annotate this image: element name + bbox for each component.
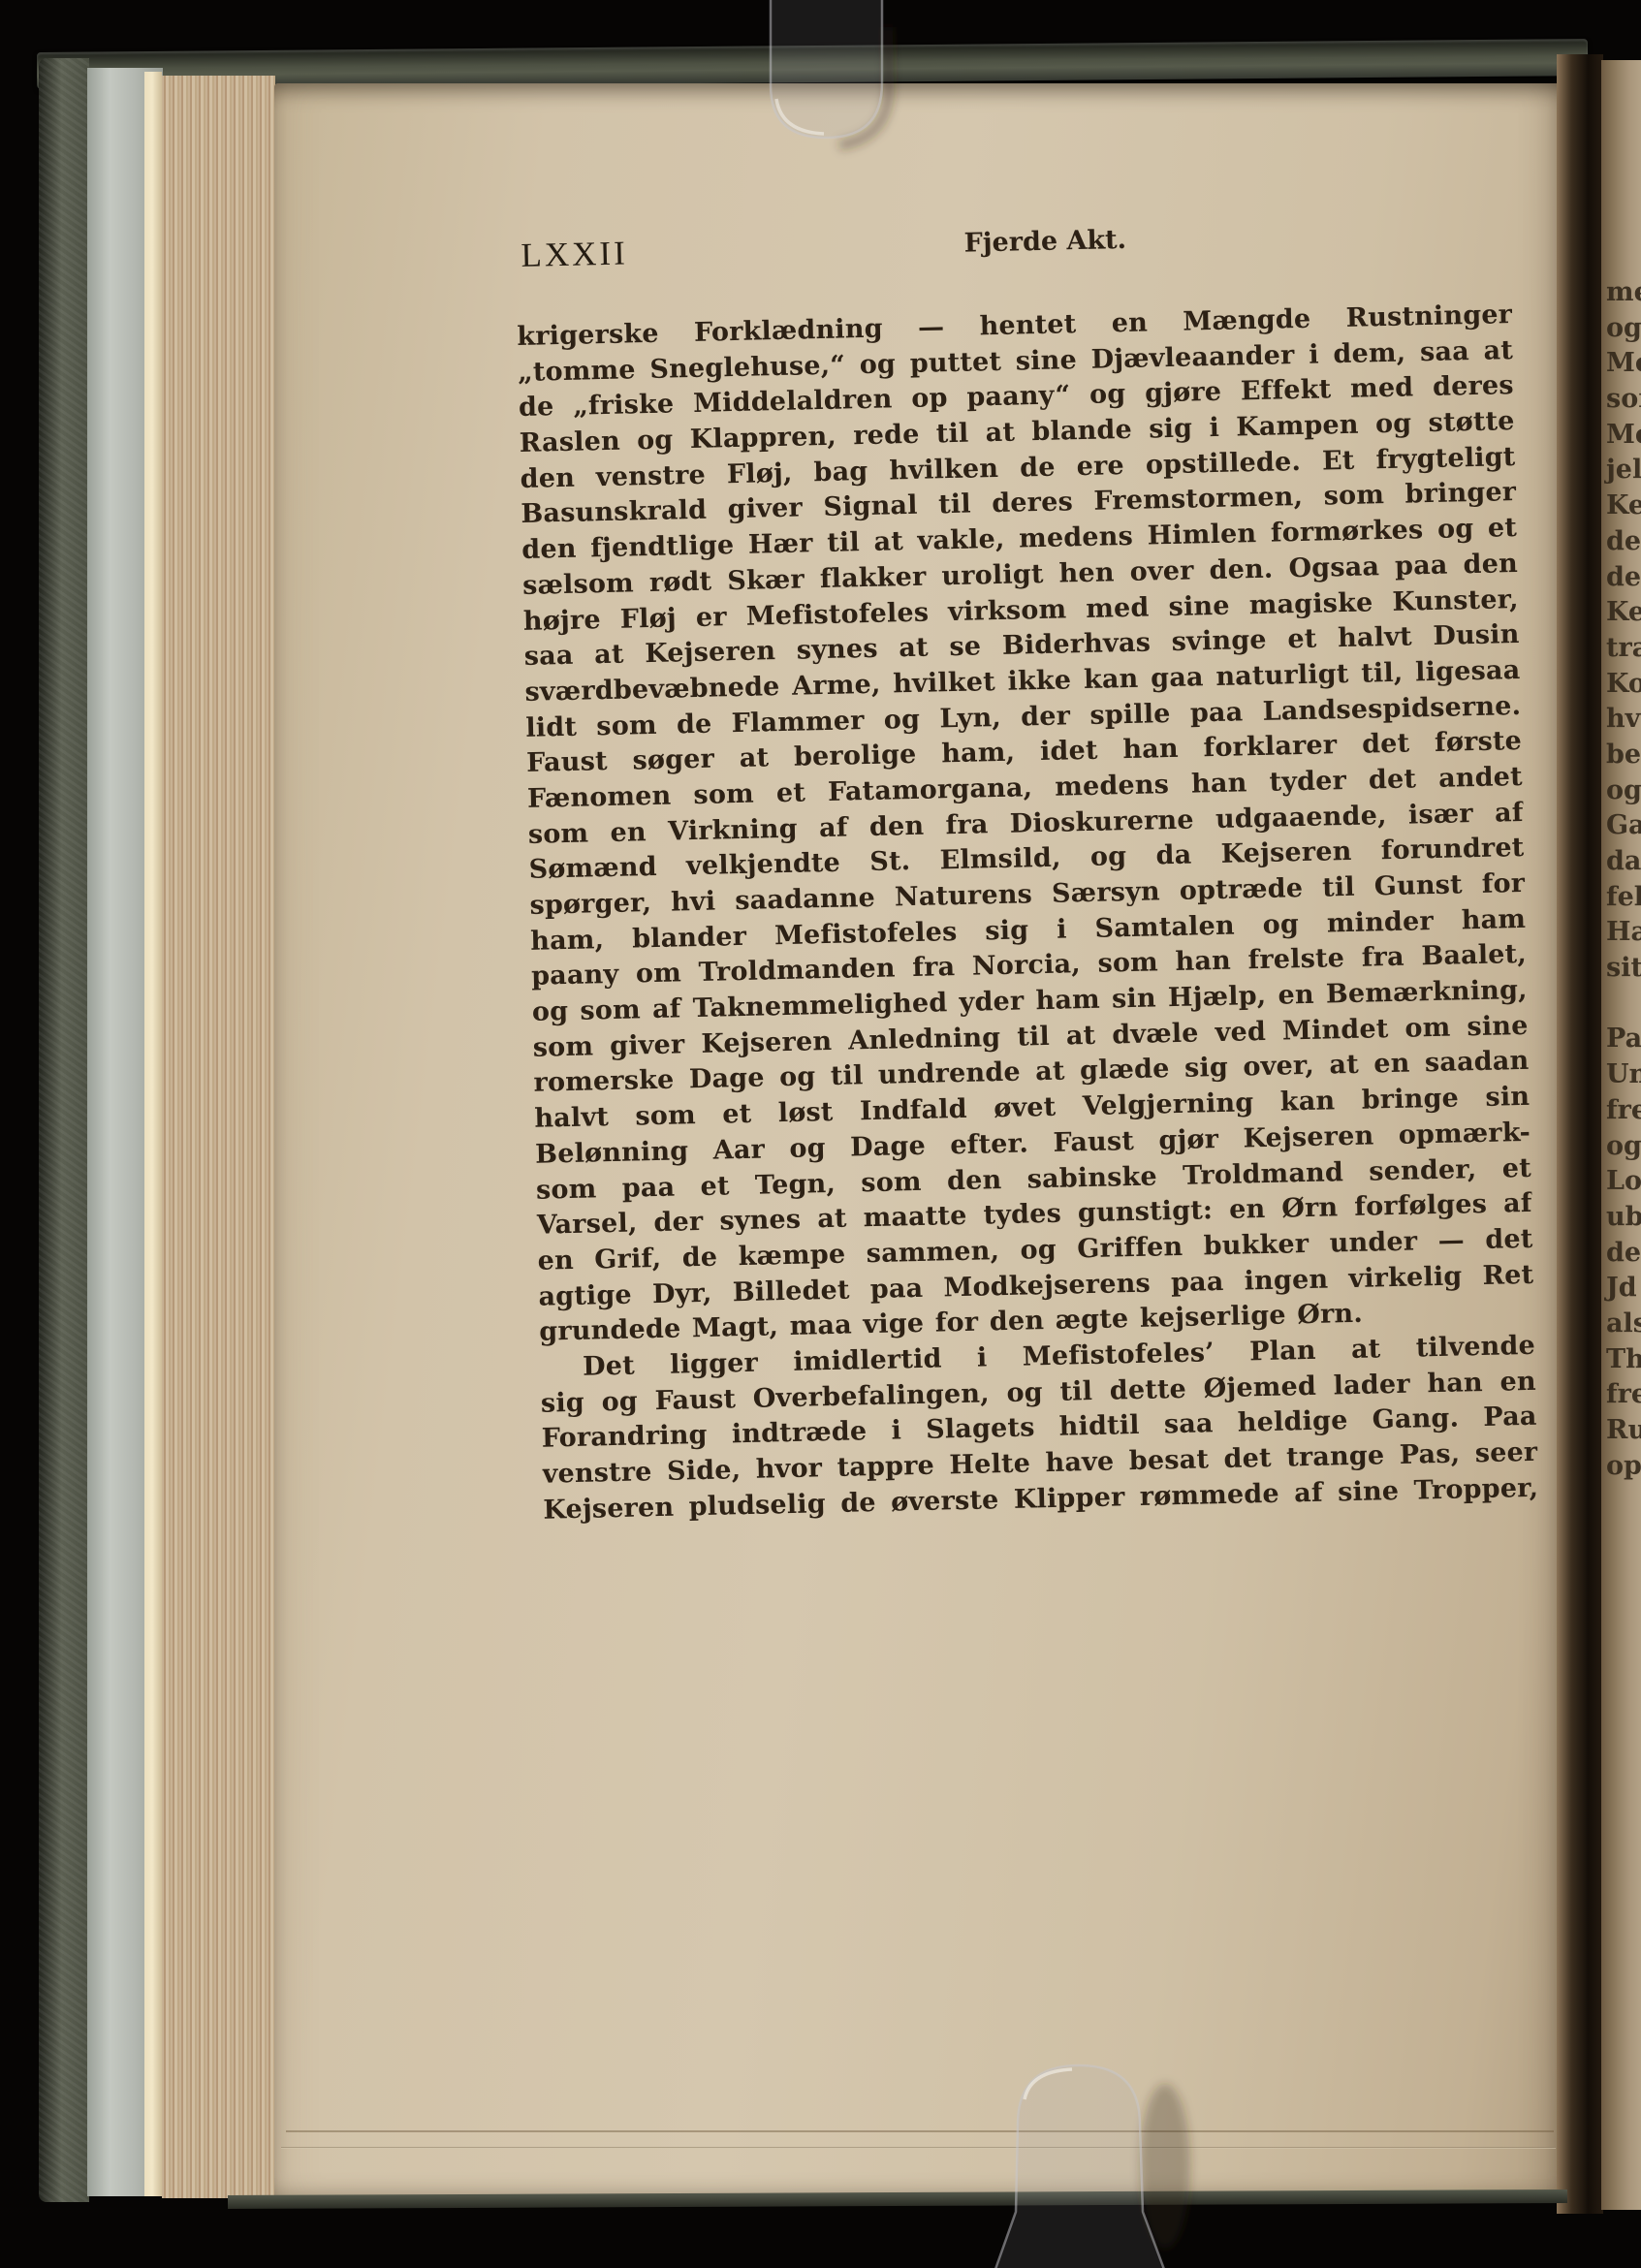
facing-page-line: der <box>1606 560 1641 596</box>
facing-page-line: dem <box>1606 1236 1641 1272</box>
page-number: LXXII <box>521 234 628 274</box>
facing-page-line: og <box>1606 311 1641 347</box>
facing-page-line: dann <box>1606 844 1641 880</box>
facing-page-line: opt <box>1606 1449 1641 1485</box>
book-photo: LXXII Fjerde Akt. krigerske Forklædning … <box>0 0 1641 2268</box>
facing-page-line: Mod <box>1606 346 1641 382</box>
facing-page-line: Paa <box>1606 1022 1641 1057</box>
page-bottom-edge-line <box>286 2130 1554 2132</box>
book-cover-left-edge <box>39 58 89 2202</box>
facing-page-line: jelv <box>1606 453 1641 488</box>
running-header: Fjerde Akt. <box>953 225 1138 259</box>
facing-page-line: Lod <box>1606 1164 1641 1200</box>
facing-page-line: Jd <box>1606 1271 1641 1307</box>
page-bottom-edge-line <box>281 2147 1556 2149</box>
facing-page-line: feles <box>1606 880 1641 916</box>
facing-page-line: med <box>1606 275 1641 311</box>
facing-page-line: alsk <box>1606 1307 1641 1342</box>
facing-page-line: Me <box>1606 418 1641 454</box>
facing-page-line: fren <box>1606 1093 1641 1129</box>
facing-page-line: og l <box>1606 1129 1641 1165</box>
facing-page-line: Th <box>1606 1342 1641 1378</box>
facing-page-line: dere <box>1606 524 1641 560</box>
facing-page-line: Gan <box>1606 808 1641 844</box>
facing-page-line: Kom <box>1606 667 1641 703</box>
facing-page-line: fren <box>1606 1377 1641 1413</box>
facing-page-line: og t <box>1606 773 1641 809</box>
facing-page-line: ubje <box>1606 1200 1641 1236</box>
facing-page-text: medogModsomMejelvKejsderederKejsetrædKom… <box>1606 275 1641 1484</box>
facing-page-line: bebre <box>1606 738 1641 773</box>
facing-page-line: hvor <box>1606 702 1641 738</box>
facing-page-line: træd <box>1606 631 1641 667</box>
facing-page-line: Und <box>1606 1057 1641 1093</box>
fore-edge-highlight <box>144 72 162 2196</box>
page-stack-edge <box>162 76 275 2198</box>
facing-page-line: sit L <box>1606 951 1641 987</box>
facing-page-line: Ru <box>1606 1413 1641 1449</box>
facing-page-line <box>1606 987 1641 1023</box>
facing-page-line: Hær <box>1606 915 1641 951</box>
facing-page-line: Kejse <box>1606 595 1641 631</box>
gutter-shadow <box>1557 54 1603 2214</box>
body-text: krigerske Forklædning — hentet en Mængde… <box>517 298 1539 1528</box>
facing-page-line: Kejs <box>1606 488 1641 524</box>
facing-page-line: som <box>1606 382 1641 418</box>
